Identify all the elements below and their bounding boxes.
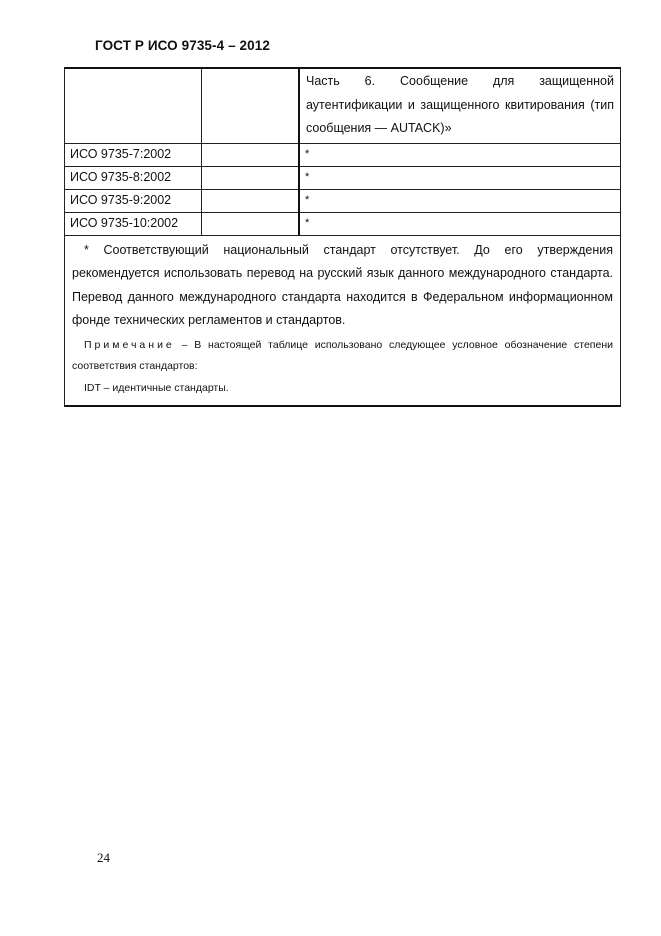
standard-cell — [65, 68, 202, 143]
table-row: Часть 6. Сообщение для защищенной аутент… — [65, 68, 621, 143]
note-label: Примечание — [84, 339, 175, 351]
standard-cell: ИСО 9735-7:2002 — [65, 143, 202, 166]
document-header: ГОСТ Р ИСО 9735-4 – 2012 — [95, 38, 270, 53]
standard-cell: ИСО 9735-8:2002 — [65, 166, 202, 189]
part-line-1: Часть 6. Сообщение для защищенной — [306, 74, 614, 88]
national-standard-cell: * — [299, 166, 621, 189]
degree-cell — [202, 68, 300, 143]
table-footer-row: * Соответствующий национальный стандарт … — [65, 235, 621, 406]
footnote-text: * Соответствующий национальный стандарт … — [72, 239, 613, 333]
table-row: ИСО 9735-9:2002 * — [65, 189, 621, 212]
table-footnote: * Соответствующий национальный стандарт … — [65, 235, 621, 406]
correspondence-table: Часть 6. Сообщение для защищенной аутент… — [64, 67, 621, 407]
table-row: ИСО 9735-10:2002 * — [65, 212, 621, 235]
degree-cell — [202, 189, 300, 212]
standard-cell: ИСО 9735-10:2002 — [65, 212, 202, 235]
standard-cell: ИСО 9735-9:2002 — [65, 189, 202, 212]
idt-definition: IDT – идентичные стандарты. — [72, 378, 613, 400]
national-standard-cell: * — [299, 189, 621, 212]
national-standard-cell: * — [299, 143, 621, 166]
degree-cell — [202, 143, 300, 166]
note: Примечание – В настоящей таблице использ… — [72, 335, 613, 378]
degree-cell — [202, 166, 300, 189]
degree-cell — [202, 212, 300, 235]
national-standard-cell: * — [299, 212, 621, 235]
national-standard-cell: Часть 6. Сообщение для защищенной аутент… — [299, 68, 621, 143]
table-row: ИСО 9735-8:2002 * — [65, 166, 621, 189]
page-number: 24 — [97, 850, 110, 866]
table-row: ИСО 9735-7:2002 * — [65, 143, 621, 166]
part-line-2: аутентификации и защищенного квитировани… — [306, 98, 585, 112]
